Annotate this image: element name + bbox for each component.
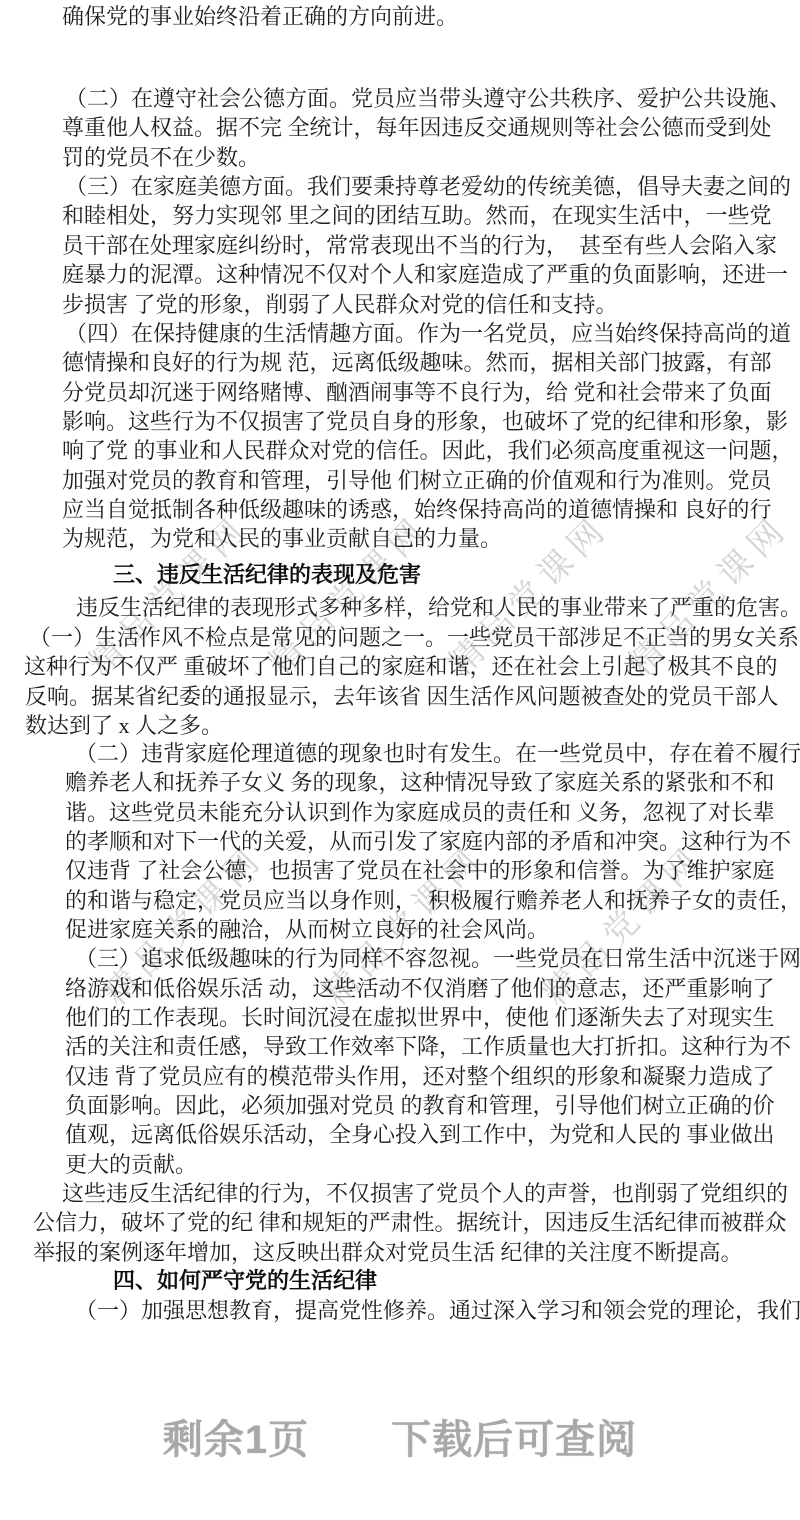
doc-text-line: 加强对党员的教育和管理，引导他 们树立正确的价值观和行为准则。党员 [62, 468, 772, 494]
section-heading: 三、违反生活纪律的表现及危害 [113, 562, 421, 588]
doc-text-line: （三）在家庭美德方面。我们要秉持尊老爱幼的传统美德，倡导夫妻之间的 [65, 174, 791, 200]
text-layer: 确保党的事业始终沿着正确的方向前进。（二）在遵守社会公德方面。党员应当带头遵守公… [0, 0, 800, 1520]
doc-text-line: 违反生活纪律的表现形式多种多样，给党和人民的事业带来了严重的危害。 [76, 595, 800, 621]
doc-text-line: 赡养老人和抚养子女义 务的现象，这种情况导致了家庭关系的紧张和不和 [65, 770, 775, 796]
doc-text-line: 数达到了 x 人之多。 [25, 713, 223, 739]
doc-text-line: 德情操和良好的行为规 范，远离低级趣味。然而，据相关部门披露，有部 [62, 350, 772, 376]
doc-text-line: 更大的贡献。 [65, 1152, 197, 1178]
doc-text-line: 活的关注和责任感，导致工作效率下降，工作质量也大打折扣。这种行为不 [65, 1034, 791, 1060]
doc-text-line: 反响。据某省纪委的通报显示，去年该省 因生活作风问题被查处的党员干部人 [25, 684, 779, 710]
document-page: 精品党课网精品党课网精品党课网精品党课网精品党课网精品党课网精品党课网 确保党的… [0, 0, 800, 1520]
doc-text-line: 促进家庭关系的融洽，从而树立良好的社会风尚。 [65, 917, 549, 943]
doc-text-line: 负面影响。因此，必须加强对党员 的教育和管理，引导他们树立正确的价 [65, 1093, 775, 1119]
doc-text-line: （三）追求低级趣味的行为同样不容忽视。一些党员在日常生活中沉迷于网 [75, 946, 800, 972]
doc-text-line: 罚的党员不在少数。 [62, 145, 260, 171]
doc-text-line: 确保党的事业始终沿着正确的方向前进。 [62, 4, 458, 30]
doc-text-line: 庭暴力的泥潭。这种情况不仅对个人和家庭造成了严重的负面影响，还进一 [62, 262, 788, 288]
doc-text-line: 应当自觉抵制各种低级趣味的诱惑，始终保持高尚的道德情操和 良好的行 [62, 497, 772, 523]
doc-text-line: 和睦相处，努力实现邻 里之间的团结互助。然而，在现实生活中，一些党 [62, 203, 772, 229]
doc-text-line: 的和谐与稳定，党员应当以身作则， 积极履行赡养老人和抚养子女的责任， [65, 888, 800, 914]
doc-text-line: （四）在保持健康的生活情趣方面。作为一名党员，应当始终保持高尚的道 [65, 321, 791, 347]
doc-text-line: 员干部在处理家庭纠纷时，常常表现出不当的行为， 甚至有些人会陷入家 [62, 233, 777, 259]
doc-text-line: （一）加强思想教育，提高党性修养。通过深入学习和领会党的理论，我们 [75, 1298, 800, 1324]
doc-text-line: 这些违反生活纪律的行为，不仅损害了党员个人的声誉，也削弱了党组织的 [62, 1181, 788, 1207]
remaining-pages-banner: 剩余1页 下载后可查阅 [0, 1408, 800, 1465]
doc-text-line: 仅违 背了党员应有的模范带头作用，还对整个组织的形象和凝聚力造成了 [65, 1064, 775, 1090]
doc-text-line: 响了党 的事业和人民群众对党的信任。因此，我们必须高度重视这一问题， [62, 438, 794, 464]
doc-text-line: 值观，远离低俗娱乐活动，全身心投入到工作中，为党和人民的 事业做出 [65, 1122, 775, 1148]
doc-text-line: 分党员却沉迷于网络赌博、酗酒闹事等不良行为，给 党和社会带来了负面 [62, 380, 772, 406]
doc-text-line: 公信力，破坏了党的纪 律和规矩的严肃性。据统计，因违反生活纪律而被群众 [33, 1210, 787, 1236]
doc-text-line: （二）违背家庭伦理道德的现象也时有发生。在一些党员中，存在着不履行 [75, 741, 800, 767]
doc-text-line: （一）生活作风不检点是常见的问题之一。一些党员干部涉足不正当的男女关系， [29, 625, 800, 651]
doc-text-line: 步损害 了党的形象，削弱了人民群众对党的信任和支持。 [62, 292, 618, 318]
doc-text-line: 谐。这些党员未能充分认识到作为家庭成员的责任和 义务，忽视了对长辈 [65, 800, 775, 826]
doc-text-line: 络游戏和低俗娱乐活 动，这些活动不仅消磨了他们的意志，还严重影响了 [65, 976, 775, 1002]
doc-text-line: 举报的案例逐年增加，这反映出群众对党员生活 纪律的关注度不断提高。 [33, 1240, 743, 1266]
doc-text-line: 他们的工作表现。长时间沉浸在虚拟世界中，使他 们逐渐失去了对现实生 [65, 1005, 775, 1031]
doc-text-line: 这种行为不仅严 重破坏了他们自己的家庭和谐，还在社会上引起了极其不良的 [24, 654, 778, 680]
doc-text-line: 影响。这些行为不仅损害了党员自身的形象，也破坏了党的纪律和形象，影 [62, 409, 788, 435]
doc-text-line: 尊重他人权益。据不完 全统计，每年因违反交通规则等社会公德而受到处 [62, 115, 772, 141]
doc-text-line: 仅违背 了社会公德，也损害了党员在社会中的形象和信誉。为了维护家庭 [65, 858, 775, 884]
doc-text-line: （二）在遵守社会公德方面。党员应当带头遵守公共秩序、爱护公共设施、 [65, 86, 791, 112]
doc-text-line: 为规范，为党和人民的事业贡献自己的力量。 [62, 526, 502, 552]
section-heading: 四、如何严守党的生活纪律 [113, 1268, 377, 1294]
doc-text-line: 的孝顺和对下一代的关爱，从而引发了家庭内部的矛盾和冲突。这种行为不 [65, 829, 791, 855]
